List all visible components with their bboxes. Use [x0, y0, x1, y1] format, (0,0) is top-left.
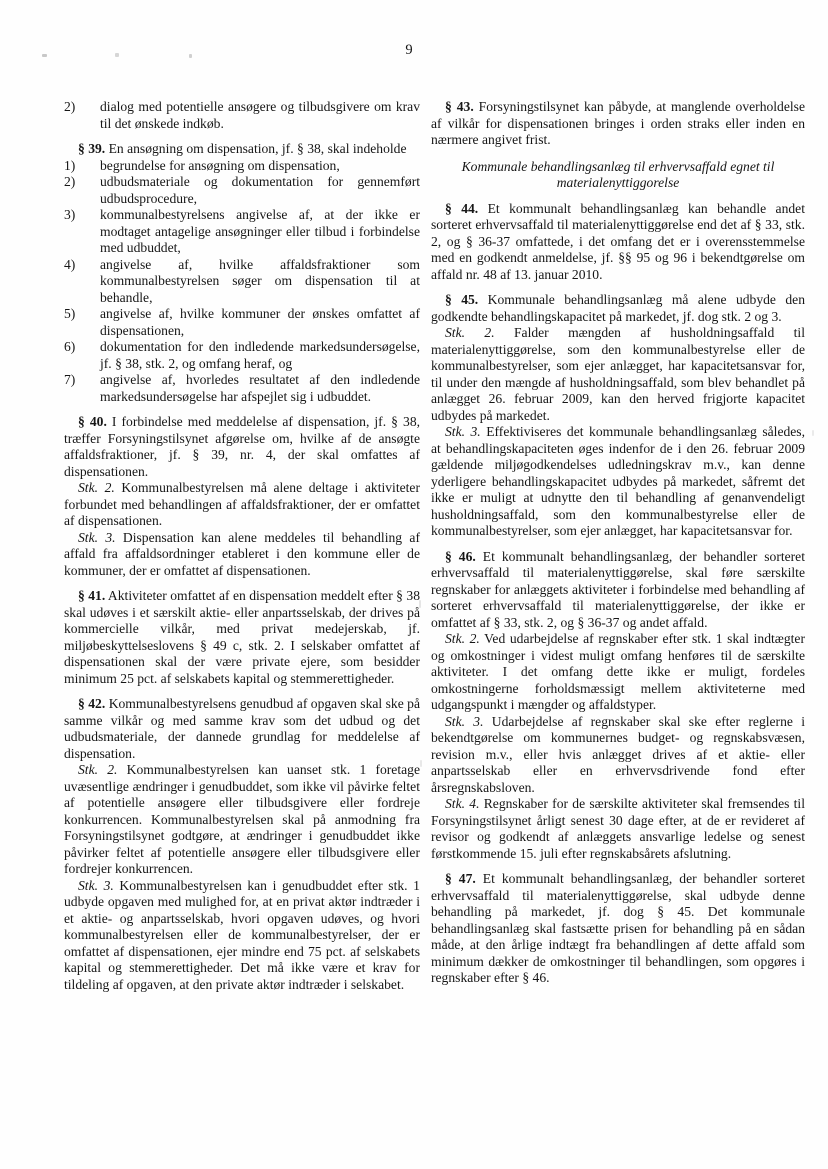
- section-40: § 40. I forbindelse med meddelelse af di…: [64, 414, 420, 480]
- section-46-stk-2: Stk. 2. Ved udarbejdelse af regnskaber e…: [431, 631, 805, 714]
- section-44-label: § 44.: [445, 201, 478, 216]
- section-42-label: § 42.: [78, 696, 105, 711]
- section-47-text: Et kommunalt behandlingsanlæg, der behan…: [431, 871, 805, 985]
- list-item-number: 2): [64, 99, 75, 116]
- page-number: 9: [0, 42, 818, 59]
- list-item-text: dialog med potentielle ansøgere og tilbu…: [100, 99, 420, 131]
- section-42-stk-3: Stk. 3. Kommunalbestyrelsen kan i genudb…: [64, 878, 420, 994]
- section-40-text: I forbindelse med meddelelse af dispensa…: [64, 414, 420, 479]
- stk-text: Kommunalbestyrelsen må alene deltage i a…: [64, 480, 420, 528]
- section-43-label: § 43.: [445, 99, 474, 114]
- section-39: § 39. En ansøgning om dispensation, jf. …: [64, 141, 420, 158]
- s39-item-1: 1) begrundelse for ansøgning om dispensa…: [64, 158, 420, 175]
- section-46: § 46. Et kommunalt behandlingsanlæg, der…: [431, 549, 805, 632]
- continued-list-item-2: 2) dialog med potentielle ansøgere og ti…: [64, 99, 420, 132]
- section-41-text: Aktiviteter omfattet af en dispensation …: [64, 588, 420, 686]
- stk-label: Stk. 3.: [78, 878, 114, 893]
- s39-item-5: 5) angivelse af, hvilke kommuner der øns…: [64, 306, 420, 339]
- chapter-heading: Kommunale behandlingsanlæg til erhvervsa…: [431, 159, 805, 192]
- stk-label: Stk. 2.: [78, 762, 117, 777]
- list-item-number: 6): [64, 339, 75, 356]
- list-item-number: 3): [64, 207, 75, 224]
- stk-label: Stk. 4.: [445, 796, 479, 811]
- document-page: { "page_number": "9", "left": { "cont_it…: [0, 0, 828, 1169]
- list-item-number: 4): [64, 257, 75, 274]
- two-column-text: 2) dialog med potentielle ansøgere og ti…: [64, 99, 805, 993]
- s39-item-7: 7) angivelse af, hvorledes resultatet af…: [64, 372, 420, 405]
- section-46-stk-4: Stk. 4. Regnskaber for de særskilte akti…: [431, 796, 805, 862]
- stk-text: Udarbejdelse af regnskaber skal ske efte…: [431, 714, 805, 795]
- section-44-text: Et kommunalt behandlingsanlæg kan behand…: [431, 201, 805, 282]
- section-44: § 44. Et kommunalt behandlingsanlæg kan …: [431, 201, 805, 284]
- list-item-text: angivelse af, hvilke affaldsfraktioner s…: [100, 257, 420, 305]
- list-item-text: angivelse af, hvilke kommuner der ønskes…: [100, 306, 420, 338]
- list-item-number: 7): [64, 372, 75, 389]
- section-42-text: Kommunalbestyrelsens genudbud af opgaven…: [64, 696, 420, 761]
- s39-item-3: 3) kommunalbestyrelsens angivelse af, at…: [64, 207, 420, 257]
- section-45-stk-2: Stk. 2. Falder mængden af husholdningsaf…: [431, 325, 805, 424]
- section-42: § 42. Kommunalbestyrelsens genudbud af o…: [64, 696, 420, 762]
- section-40-stk-2: Stk. 2. Kommunalbestyrelsen må alene del…: [64, 480, 420, 530]
- s39-item-4: 4) angivelse af, hvilke affaldsfraktione…: [64, 257, 420, 307]
- scan-artifact: [812, 430, 814, 436]
- stk-label: Stk. 2.: [445, 631, 480, 646]
- section-41: § 41. Aktiviteter omfattet af en dispens…: [64, 588, 420, 687]
- list-item-text: kommunalbestyrelsens angivelse af, at de…: [100, 207, 420, 255]
- right-column: § 43. Forsyningstilsynet kan påbyde, at …: [431, 99, 805, 993]
- list-item-number: 5): [64, 306, 75, 323]
- stk-text: Kommunalbestyrelsen kan i genudbuddet ef…: [64, 878, 420, 992]
- stk-label: Stk. 3.: [445, 424, 481, 439]
- stk-text: Regnskaber for de særskilte aktiviteter …: [431, 796, 805, 861]
- section-46-text: Et kommunalt behandlingsanlæg, der behan…: [431, 549, 805, 630]
- list-item-number: 1): [64, 158, 75, 175]
- left-column: 2) dialog med potentielle ansøgere og ti…: [64, 99, 420, 993]
- list-item-text: begrundelse for ansøgning om dispensatio…: [100, 158, 340, 173]
- s39-item-2: 2) udbudsmateriale og dokumentation for …: [64, 174, 420, 207]
- list-item-text: angivelse af, hvorledes resultatet af de…: [100, 372, 420, 404]
- section-42-stk-2: Stk. 2. Kommunalbestyrelsen kan uanset s…: [64, 762, 420, 878]
- stk-text: Effektiviseres det kommunale behandlings…: [431, 424, 805, 538]
- section-40-label: § 40.: [78, 414, 107, 429]
- section-45-label: § 45.: [445, 292, 478, 307]
- stk-label: Stk. 2.: [78, 480, 115, 495]
- section-43-text: Forsyningstilsynet kan påbyde, at mangle…: [431, 99, 805, 147]
- section-43: § 43. Forsyningstilsynet kan påbyde, at …: [431, 99, 805, 149]
- section-46-stk-3: Stk. 3. Udarbejdelse af regnskaber skal …: [431, 714, 805, 797]
- section-40-stk-3: Stk. 3. Dispensation kan alene meddeles …: [64, 530, 420, 580]
- section-46-label: § 46.: [445, 549, 476, 564]
- stk-label: Stk. 2.: [445, 325, 495, 340]
- section-39-label: § 39.: [78, 141, 105, 156]
- section-47: § 47. Et kommunalt behandlingsanlæg, der…: [431, 871, 805, 987]
- stk-text: Dispensation kan alene meddeles til beha…: [64, 530, 420, 578]
- section-45-text: Kommunale behandlingsanlæg må alene udby…: [431, 292, 805, 324]
- stk-text: Kommunalbestyrelsen kan uanset stk. 1 fo…: [64, 762, 420, 876]
- stk-text: Ved udarbejdelse af regnskaber efter stk…: [431, 631, 805, 712]
- list-item-text: udbudsmateriale og dokumentation for gen…: [100, 174, 420, 206]
- list-item-number: 2): [64, 174, 75, 191]
- section-47-label: § 47.: [445, 871, 476, 886]
- stk-label: Stk. 3.: [78, 530, 116, 545]
- stk-label: Stk. 3.: [445, 714, 484, 729]
- section-45-stk-3: Stk. 3. Effektiviseres det kommunale beh…: [431, 424, 805, 540]
- section-41-label: § 41.: [78, 588, 105, 603]
- section-39-text: En ansøgning om dispensation, jf. § 38, …: [109, 141, 407, 156]
- s39-item-6: 6) dokumentation for den indledende mark…: [64, 339, 420, 372]
- section-45: § 45. Kommunale behandlingsanlæg må alen…: [431, 292, 805, 325]
- list-item-text: dokumentation for den indledende markeds…: [100, 339, 420, 371]
